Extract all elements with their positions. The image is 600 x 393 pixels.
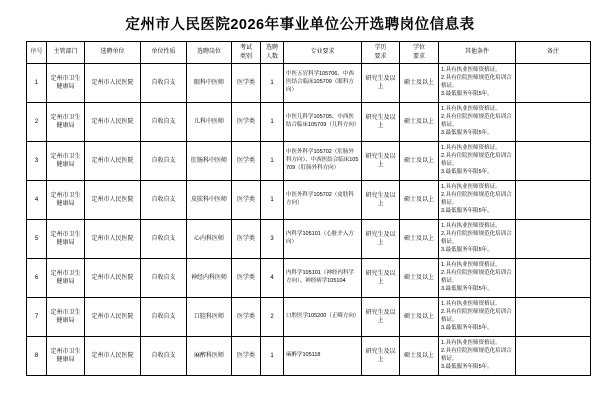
cell-other: 1.具有执业医师资格证。 2.具有住院医师规范化培训合格证。 3.最低服务年限5… [439, 181, 516, 220]
cell-nature: 自收自支 [141, 103, 187, 142]
cell-no: 7 [27, 298, 47, 337]
document-title: 定州市人民医院2026年事业单位公开选聘岗位信息表 [0, 13, 600, 34]
cell-position: 肛肠科中医师 [187, 142, 232, 181]
cell-exam: 医学类 [232, 181, 261, 220]
cell-degree: 硕士及以上 [400, 142, 439, 181]
cell-position: 麻醉科医师 [187, 337, 232, 376]
cell-exam: 医学类 [232, 142, 261, 181]
cell-edu: 研究生及以上 [362, 220, 400, 259]
col-header-dept: 主管部门 [47, 42, 85, 64]
cell-unit: 定州市人民医院 [85, 103, 141, 142]
col-header-unit: 选聘单位 [85, 42, 141, 64]
cell-other: 1.具有执业医师资格证。 2.具有住院医师规范化培训合格证。 3.最低服务年限5… [439, 64, 516, 103]
cell-count: 2 [261, 298, 284, 337]
cell-remark [516, 103, 591, 142]
cell-remark [516, 337, 591, 376]
table-row: 1定州市卫生健康局定州市人民医院自收自支眼科中医师医学类1中医五官科学10570… [27, 64, 591, 103]
cell-exam: 医学类 [232, 64, 261, 103]
cell-exam: 医学类 [232, 298, 261, 337]
col-header-no: 序号 [27, 42, 47, 64]
col-header-major: 专业要求 [284, 42, 362, 64]
cell-other: 1.具有执业医师资格证。 2.具有住院医师规范化培训合格证。 3.最低服务年限5… [439, 337, 516, 376]
cell-count: 1 [261, 64, 284, 103]
cell-other: 1.具有执业医师资格证。 2.具有住院医师规范化培训合格证。 3.最低服务年限5… [439, 220, 516, 259]
col-header-other: 其他条件 [439, 42, 516, 64]
cell-exam: 医学类 [232, 337, 261, 376]
cell-degree: 硕士及以上 [400, 220, 439, 259]
cell-remark [516, 298, 591, 337]
cell-count: 1 [261, 142, 284, 181]
table-header: 序号 主管部门 选聘单位 单位性质 选聘岗位 考试 类别 选聘 人数 专业要求 … [27, 42, 591, 64]
cell-degree: 硕士及以上 [400, 64, 439, 103]
cell-degree: 硕士及以上 [400, 259, 439, 298]
document-page: 定州市人民医院2026年事业单位公开选聘岗位信息表 序号 主管部门 选聘单位 单… [0, 0, 600, 393]
cell-nature: 自收自支 [141, 337, 187, 376]
cell-dept: 定州市卫生健康局 [47, 181, 85, 220]
cell-dept: 定州市卫生健康局 [47, 220, 85, 259]
cell-major: 中医外科学105702（皮肤科方向） [284, 181, 362, 220]
cell-major: 口腔医学105200（正畸方向） [284, 298, 362, 337]
col-header-remark: 备注 [516, 42, 591, 64]
table-row: 5定州市卫生健康局定州市人民医院自收自支心内科医师医学类3内科学105101（心… [27, 220, 591, 259]
cell-no: 1 [27, 64, 47, 103]
cell-edu: 研究生及以上 [362, 259, 400, 298]
cell-no: 8 [27, 337, 47, 376]
cell-nature: 自收自支 [141, 298, 187, 337]
cell-position: 神经内科医师 [187, 259, 232, 298]
cell-remark [516, 259, 591, 298]
cell-count: 4 [261, 259, 284, 298]
cell-remark [516, 64, 591, 103]
cell-position: 儿科中医师 [187, 103, 232, 142]
cell-major: 中医五官科学105706、中西医结合临床105709（眼科方向） [284, 64, 362, 103]
cell-nature: 自收自支 [141, 181, 187, 220]
table-row: 3定州市卫生健康局定州市人民医院自收自支肛肠科中医师医学类1中医外科学10570… [27, 142, 591, 181]
table-row: 4定州市卫生健康局定州市人民医院自收自支皮肤科中医师医学类1中医外科学10570… [27, 181, 591, 220]
cell-unit: 定州市人民医院 [85, 337, 141, 376]
cell-edu: 研究生及以上 [362, 142, 400, 181]
cell-dept: 定州市卫生健康局 [47, 103, 85, 142]
cell-dept: 定州市卫生健康局 [47, 64, 85, 103]
cell-exam: 医学类 [232, 259, 261, 298]
cell-unit: 定州市人民医院 [85, 298, 141, 337]
cell-no: 4 [27, 181, 47, 220]
cell-count: 1 [261, 181, 284, 220]
cell-dept: 定州市卫生健康局 [47, 298, 85, 337]
cell-position: 皮肤科中医师 [187, 181, 232, 220]
table-row: 2定州市卫生健康局定州市人民医院自收自支儿科中医师医学类1中医儿科学105705… [27, 103, 591, 142]
cell-degree: 硕士及以上 [400, 103, 439, 142]
cell-count: 1 [261, 103, 284, 142]
col-header-count: 选聘 人数 [261, 42, 284, 64]
cell-other: 1.具有执业医师资格证。 2.具有住院医师规范化培训合格证。 3.最低服务年限5… [439, 142, 516, 181]
cell-unit: 定州市人民医院 [85, 64, 141, 103]
col-header-exam: 考试 类别 [232, 42, 261, 64]
cell-edu: 研究生及以上 [362, 64, 400, 103]
cell-other: 1.具有执业医师资格证。 2.具有住院医师规范化培训合格证。 3.最低服务年限5… [439, 259, 516, 298]
cell-position: 心内科医师 [187, 220, 232, 259]
cell-edu: 研究生及以上 [362, 298, 400, 337]
cell-major: 中医外科学105702（肛肠外科方向）、中西医结合临床105709（肛肠外科方向… [284, 142, 362, 181]
col-header-edu: 学历 要求 [362, 42, 400, 64]
cell-exam: 医学类 [232, 103, 261, 142]
cell-count: 3 [261, 220, 284, 259]
cell-other: 1.具有执业医师资格证。 2.具有住院医师规范化培训合格证。 3.最低服务年限5… [439, 103, 516, 142]
table-row: 7定州市卫生健康局定州市人民医院自收自支口腔科医师医学类2口腔医学105200（… [27, 298, 591, 337]
header-row: 序号 主管部门 选聘单位 单位性质 选聘岗位 考试 类别 选聘 人数 专业要求 … [27, 42, 591, 64]
cell-remark [516, 142, 591, 181]
cell-unit: 定州市人民医院 [85, 220, 141, 259]
cell-degree: 硕士及以上 [400, 337, 439, 376]
cell-nature: 自收自支 [141, 64, 187, 103]
cell-exam: 医学类 [232, 220, 261, 259]
cell-no: 2 [27, 103, 47, 142]
recruitment-table: 序号 主管部门 选聘单位 单位性质 选聘岗位 考试 类别 选聘 人数 专业要求 … [26, 41, 591, 376]
cell-major: 内科学105101（神经内科学方向）、神经病学105104 [284, 259, 362, 298]
cell-nature: 自收自支 [141, 220, 187, 259]
cell-remark [516, 220, 591, 259]
cell-dept: 定州市卫生健康局 [47, 337, 85, 376]
col-header-degree: 学位 要求 [400, 42, 439, 64]
col-header-nature: 单位性质 [141, 42, 187, 64]
cell-major: 中医儿科学105705、中西医结合临床105709（儿科方向） [284, 103, 362, 142]
cell-other: 1.具有执业医师资格证。 2.具有住院医师规范化培训合格证。 3.最低服务年限5… [439, 298, 516, 337]
cell-major: 内科学105101（心脏介入方向） [284, 220, 362, 259]
cell-unit: 定州市人民医院 [85, 259, 141, 298]
cell-position: 眼科中医师 [187, 64, 232, 103]
cell-edu: 研究生及以上 [362, 337, 400, 376]
cell-no: 6 [27, 259, 47, 298]
cell-nature: 自收自支 [141, 259, 187, 298]
cell-dept: 定州市卫生健康局 [47, 259, 85, 298]
cell-count: 1 [261, 337, 284, 376]
cell-major: 麻醉学105118 [284, 337, 362, 376]
cell-no: 5 [27, 220, 47, 259]
cell-edu: 研究生及以上 [362, 103, 400, 142]
cell-unit: 定州市人民医院 [85, 181, 141, 220]
cell-remark [516, 181, 591, 220]
cell-edu: 研究生及以上 [362, 181, 400, 220]
table-body: 1定州市卫生健康局定州市人民医院自收自支眼科中医师医学类1中医五官科学10570… [27, 64, 591, 376]
table-row: 6定州市卫生健康局定州市人民医院自收自支神经内科医师医学类4内科学105101（… [27, 259, 591, 298]
cell-nature: 自收自支 [141, 142, 187, 181]
cell-degree: 硕士及以上 [400, 181, 439, 220]
cell-degree: 硕士及以上 [400, 298, 439, 337]
cell-no: 3 [27, 142, 47, 181]
cell-dept: 定州市卫生健康局 [47, 142, 85, 181]
cell-unit: 定州市人民医院 [85, 142, 141, 181]
cell-position: 口腔科医师 [187, 298, 232, 337]
table-row: 8定州市卫生健康局定州市人民医院自收自支麻醉科医师医学类1麻醉学105118研究… [27, 337, 591, 376]
col-header-position: 选聘岗位 [187, 42, 232, 64]
